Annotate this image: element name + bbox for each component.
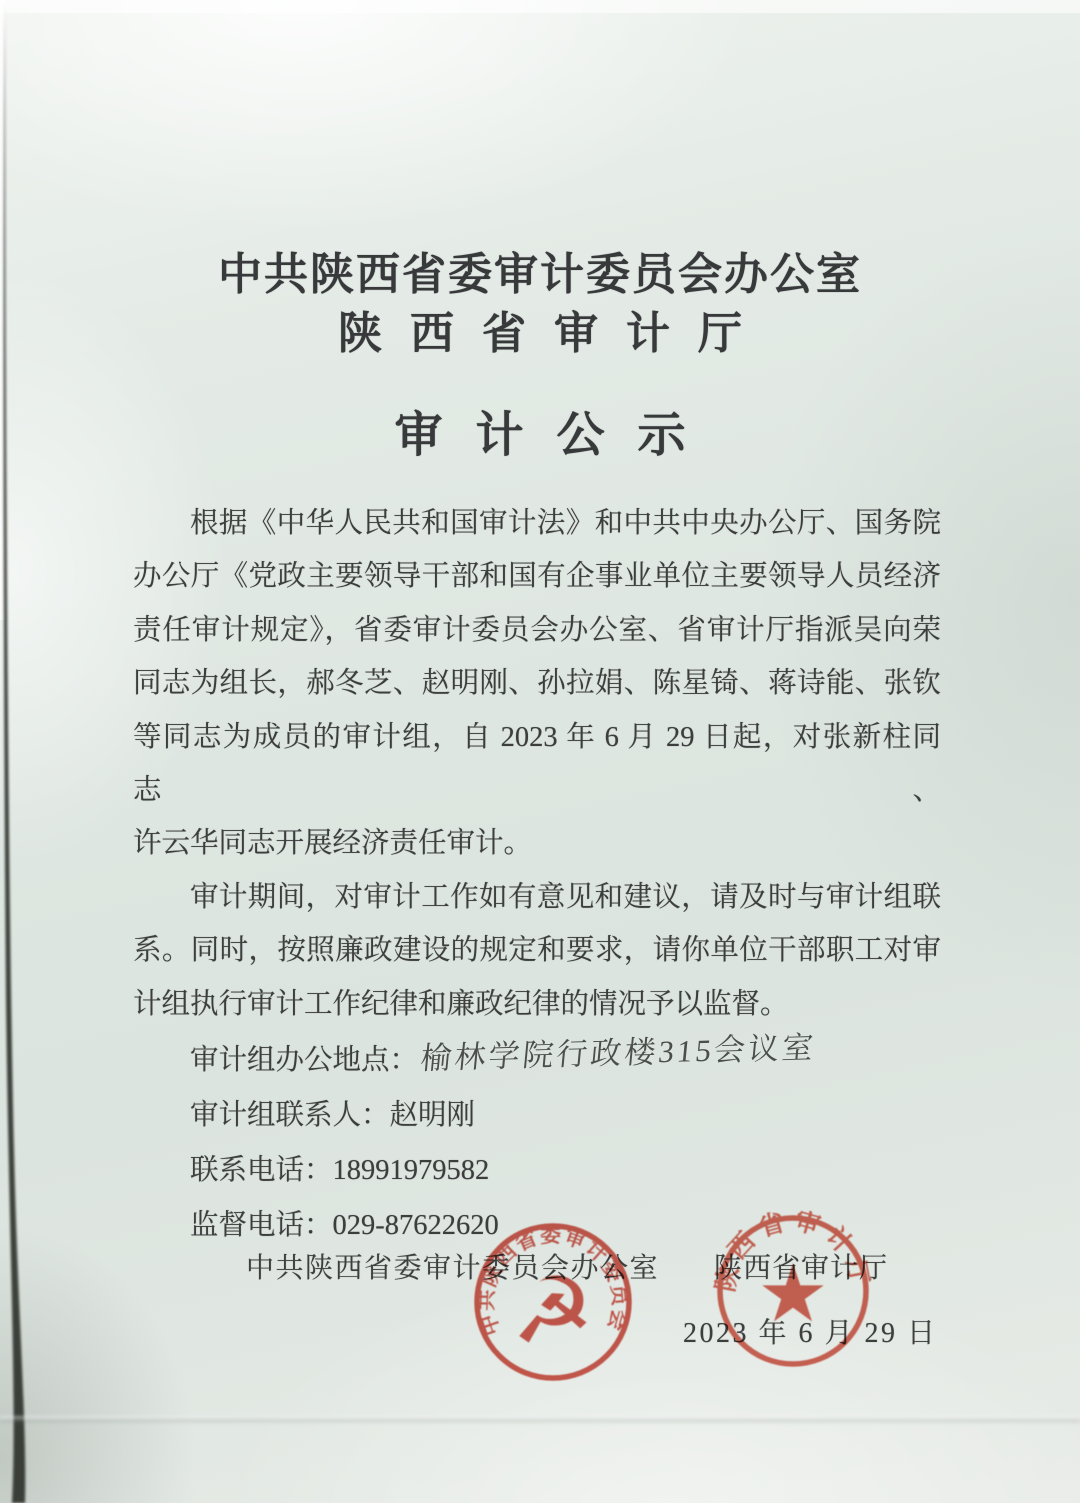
contact-person-value: 赵明刚: [390, 1100, 476, 1131]
body-line: 等同志为成员的审计组，自 2023 年 6 月 29 日起，对张新柱同志、: [133, 711, 941, 818]
body-line: 根据《中华人民共和国审计法》和中共中央办公厅、国务院: [133, 497, 941, 550]
body-line: 同志为组长，郝冬芝、赵明刚、孙拉娟、陈星锜、蒋诗能、张钦: [133, 657, 941, 710]
party-committee-seal: 中共陕西省委审计委员会办公室 ☭: [468, 1217, 638, 1387]
body-line: 系。同时，按照廉政建设的规定和要求，请你单位干部职工对审: [133, 924, 941, 977]
header-org-line1: 中共陕西省委审计委员会办公室: [0, 238, 1080, 302]
body-line: 审计期间，对审计工作如有意见和建议，请及时与审计组联: [133, 871, 941, 924]
audit-office-seal: 陕西省审计厅 ★: [713, 1211, 873, 1371]
body-text: 根据《中华人民共和国审计法》和中共中央办公厅、国务院 办公厅《党政主要领导干部和…: [133, 497, 941, 1253]
contact-person-line: 审计组联系人：赵明刚: [133, 1088, 941, 1143]
contact-location-line: 审计组办公地点：榆林学院行政楼315会议室: [133, 1031, 941, 1088]
header-org-line2: 陕西省审计厅: [0, 297, 1080, 361]
document-title: 审计公示: [0, 396, 1080, 465]
paper-crease: [0, 1416, 1080, 1424]
handwritten-location: 榆林学院行政楼315会议室: [418, 1020, 819, 1086]
hammer-sickle-icon: ☭: [512, 1257, 594, 1364]
scanned-document-page: 中共陕西省委审计委员会办公室 陕西省审计厅 审计公示 根据《中华人民共和国审计法…: [0, 0, 1080, 1503]
contact-location-label: 审计组办公地点：: [190, 1045, 418, 1076]
body-line: 计组执行审计工作纪律和廉政纪律的情况予以监督。: [133, 978, 941, 1031]
contact-phone-value: 18991979582: [333, 1155, 490, 1186]
paper-edge-shadow: [4, 0, 26, 1503]
top-edge-highlight: [0, 0, 1080, 13]
contact-person-label: 审计组联系人：: [190, 1100, 390, 1131]
body-line: 办公厅《党政主要领导干部和国有企事业单位主要领导人员经济: [133, 550, 941, 603]
body-line: 责任审计规定》，省委审计委员会办公室、省审计厅指派吴向荣: [133, 604, 941, 657]
body-line: 许云华同志开展经济责任审计。: [133, 817, 941, 870]
supervision-phone-label: 监督电话：: [190, 1210, 333, 1241]
contact-phone-label: 联系电话：: [190, 1155, 333, 1186]
contact-phone-line: 联系电话：18991979582: [133, 1143, 941, 1198]
star-icon: ★: [757, 1247, 829, 1340]
